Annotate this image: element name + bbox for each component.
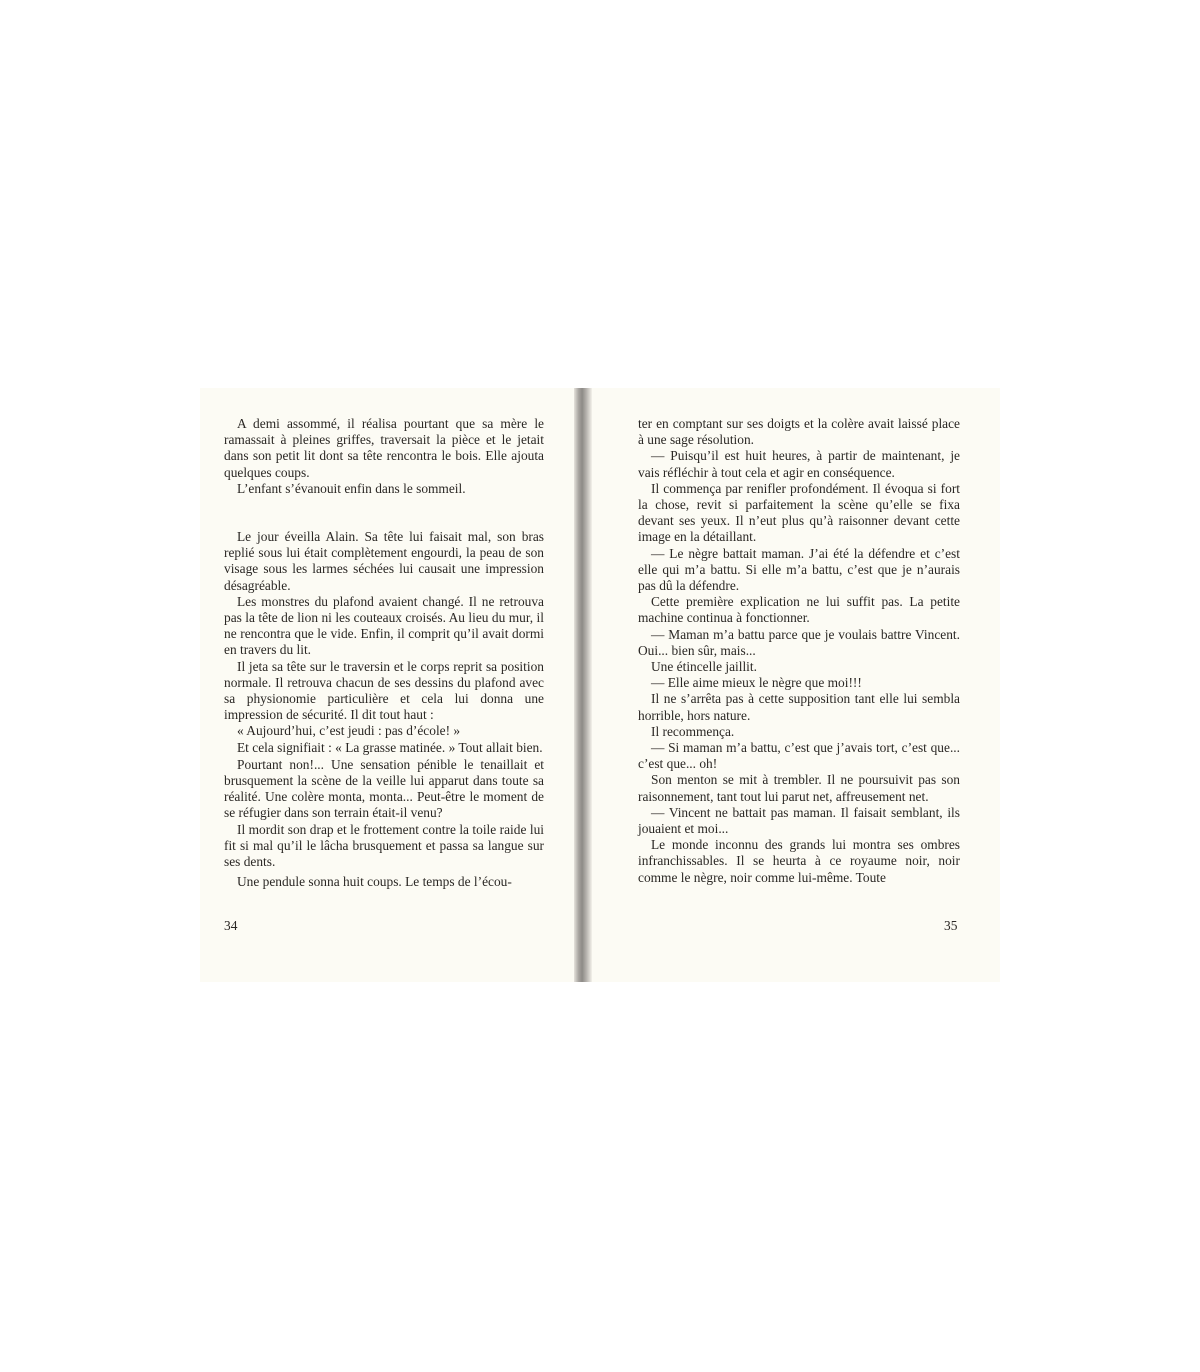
paragraph: L’enfant s’évanouit enfin dans le sommei… (224, 481, 544, 497)
paragraph: « Aujourd’hui, c’est jeudi : pas d’école… (224, 723, 544, 739)
paragraph: Il recommença. (638, 724, 960, 740)
paragraph: — Le nègre battait maman. J’ai été la dé… (638, 546, 960, 595)
paragraph: Une étincelle jaillit. (638, 659, 960, 675)
paragraph: A demi assommé, il réalisa pourtant que … (224, 416, 544, 481)
paragraph: Et cela signifiait : « La grasse matinée… (224, 740, 544, 756)
paragraph: Il commença par renifler profondément. I… (638, 481, 960, 546)
paragraph: Le jour éveilla Alain. Sa tête lui faisa… (224, 529, 544, 594)
paragraph: — Si maman m’a battu, c’est que j’avais … (638, 740, 960, 772)
paragraph: — Puisqu’il est huit heures, à partir de… (638, 448, 960, 480)
paragraph: Une pendule sonna huit coups. Le temps d… (224, 874, 544, 890)
paragraph: ter en comptant sur ses doigts et la col… (638, 416, 960, 448)
paragraph: Pourtant non!... Une sensation pénible l… (224, 757, 544, 822)
paragraph: Son menton se mit à trembler. Il ne pour… (638, 772, 960, 804)
paragraph: Il mordit son drap et le frottement cont… (224, 822, 544, 871)
paragraph: — Maman m’a battu parce que je voulais b… (638, 627, 960, 659)
paragraph: — Vincent ne battait pas maman. Il faisa… (638, 805, 960, 837)
paragraph: — Elle aime mieux le nègre que moi!!! (638, 675, 960, 691)
paragraph: Il jeta sa tête sur le traversin et le c… (224, 659, 544, 724)
book-gutter (574, 388, 592, 982)
right-page-text: ter en comptant sur ses doigts et la col… (638, 416, 960, 886)
paragraph: Il ne s’arrêta pas à cette supposition t… (638, 691, 960, 723)
page-number-left: 34 (224, 918, 237, 934)
paragraph: Les monstres du plafond avaient changé. … (224, 594, 544, 659)
left-page-text: A demi assommé, il réalisa pourtant que … (224, 416, 544, 890)
paragraph: Le monde inconnu des grands lui montra s… (638, 837, 960, 886)
page-number-right: 35 (944, 918, 957, 934)
paragraph: Cette première explication ne lui suffit… (638, 594, 960, 626)
